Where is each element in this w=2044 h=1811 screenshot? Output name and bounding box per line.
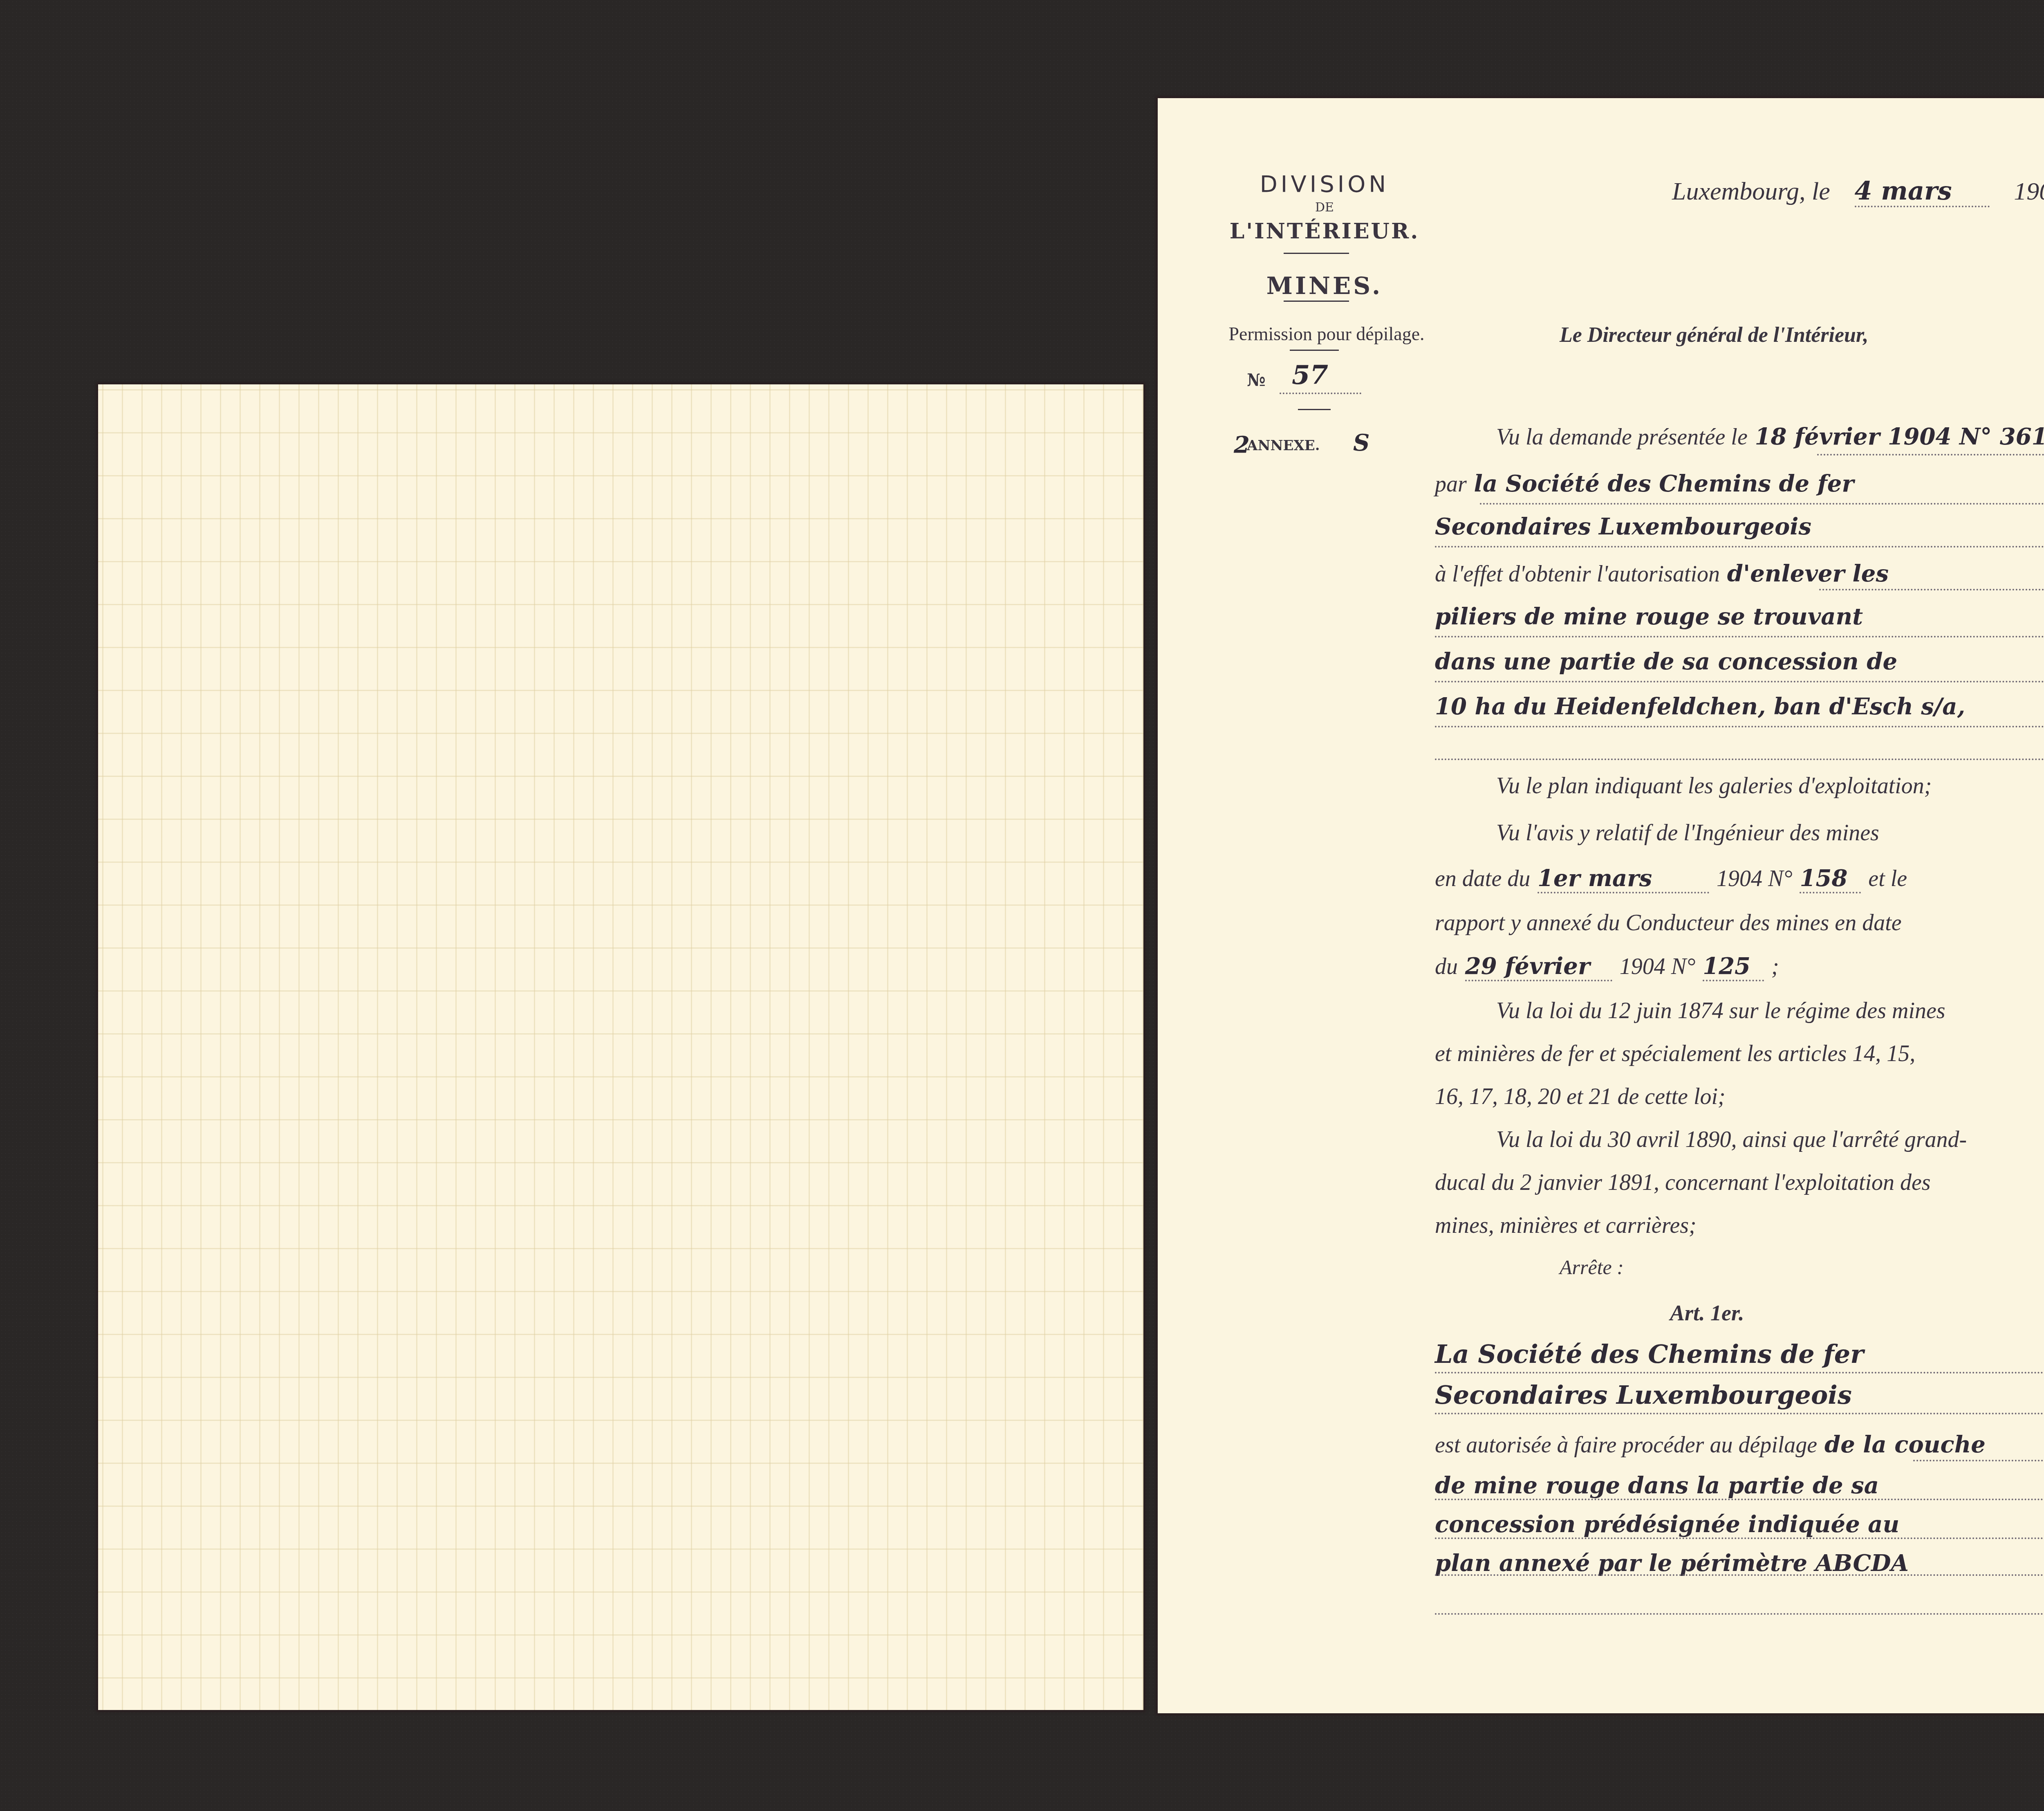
header-division: DIVISION (1226, 171, 1423, 197)
fill-line (1435, 681, 2044, 682)
text-line: à l'effet d'obtenir l'autorisation d'enl… (1435, 560, 1889, 587)
text-line: en date du 1er mars 1904 N° 158 et le (1435, 865, 1907, 893)
header-interieur: L'INTÉRIEUR. (1202, 219, 1447, 244)
fill-line (1435, 1537, 2044, 1539)
text-line: Secondaires Luxembourgeois (1435, 513, 1811, 540)
text-line: 10 ha du Heidenfeldchen, ban d'Esch s/a, (1435, 693, 1965, 720)
numero-value: 57 (1292, 360, 1328, 390)
fill-line (1435, 759, 2044, 760)
grid-paper-sheet (98, 384, 1143, 1710)
fill-line (1435, 636, 2044, 637)
text-line: mines, minières et carrières; (1435, 1212, 1697, 1239)
text-line: 16, 17, 18, 20 et 21 de cette loi; (1435, 1084, 1726, 1110)
text-line: Vu la loi du 12 juin 1874 sur le régime … (1496, 998, 1945, 1024)
ornament-divider (1284, 253, 1349, 254)
annexe-suffix: S (1353, 429, 1369, 456)
document-title: Le Directeur général de l'Intérieur, (1560, 323, 1868, 347)
ornament-divider (1284, 301, 1349, 302)
fill-line (1480, 503, 2044, 505)
date-year: 1904. (2014, 177, 2044, 205)
text-line: Vu la loi du 30 avril 1890, ainsi que l'… (1496, 1127, 1967, 1153)
header-de: DE (1226, 200, 1423, 215)
fill-line (1435, 1613, 2044, 1615)
place-date: Luxembourg, le 4 mars 1904. (1672, 176, 2044, 207)
place-prefix: Luxembourg, le (1672, 177, 1830, 205)
article-heading: Art. 1er. (1670, 1300, 1744, 1326)
text-line: du 29 février 1904 N° 125 ; (1435, 953, 1779, 981)
fill-line (1435, 1574, 2044, 1576)
text-line: Vu l'avis y relatif de l'Ingénieur des m… (1496, 820, 1879, 846)
annexe-label: ANNEXE. (1247, 438, 1320, 454)
arrete-heading: Arrête : (1560, 1255, 1624, 1279)
numero-dotted-line (1280, 393, 1361, 394)
text-line: est autorisée à faire procéder au dépila… (1435, 1431, 1986, 1458)
date-value: 4 mars (1855, 176, 1990, 207)
text-line: par la Société des Chemins de fer (1435, 470, 1854, 497)
text-line: dans une partie de sa concession de (1435, 648, 1897, 675)
ornament-divider (1298, 409, 1331, 410)
header-mines: MINES. (1226, 272, 1423, 300)
text-line: Vu le plan indiquant les galeries d'expl… (1496, 773, 1932, 799)
fill-line (1913, 1460, 2044, 1461)
fill-line (1435, 1499, 2044, 1500)
text-line: La Société des Chemins de fer (1435, 1339, 1864, 1369)
fill-line (1435, 546, 2044, 548)
text-line: de mine rouge dans la partie de sa (1435, 1472, 1879, 1499)
text-line: piliers de mine rouge se trouvant (1435, 603, 1863, 630)
fill-line (1435, 726, 2044, 727)
fill-line (1819, 589, 2044, 590)
numero-label: № (1247, 370, 1266, 390)
header-permission: Permission pour dépilage. (1194, 323, 1459, 345)
text-line: et minières de fer et spécialement les a… (1435, 1041, 1915, 1067)
text-line: ducal du 2 janvier 1891, concernant l'ex… (1435, 1169, 1931, 1196)
text-line: rapport y annexé du Conducteur des mines… (1435, 910, 1902, 936)
text-line: concession prédésignée indiquée au (1435, 1511, 1899, 1538)
ornament-divider (1290, 350, 1339, 351)
fill-line (1817, 454, 2044, 456)
text-line: plan annexé par le périmètre ABCDA (1435, 1550, 1909, 1577)
text-line: Vu la demande présentée le 18 février 19… (1496, 423, 2044, 450)
fill-line (1435, 1372, 2044, 1373)
text-line: Secondaires Luxembourgeois (1435, 1380, 1852, 1410)
fill-line (1435, 1413, 2044, 1414)
